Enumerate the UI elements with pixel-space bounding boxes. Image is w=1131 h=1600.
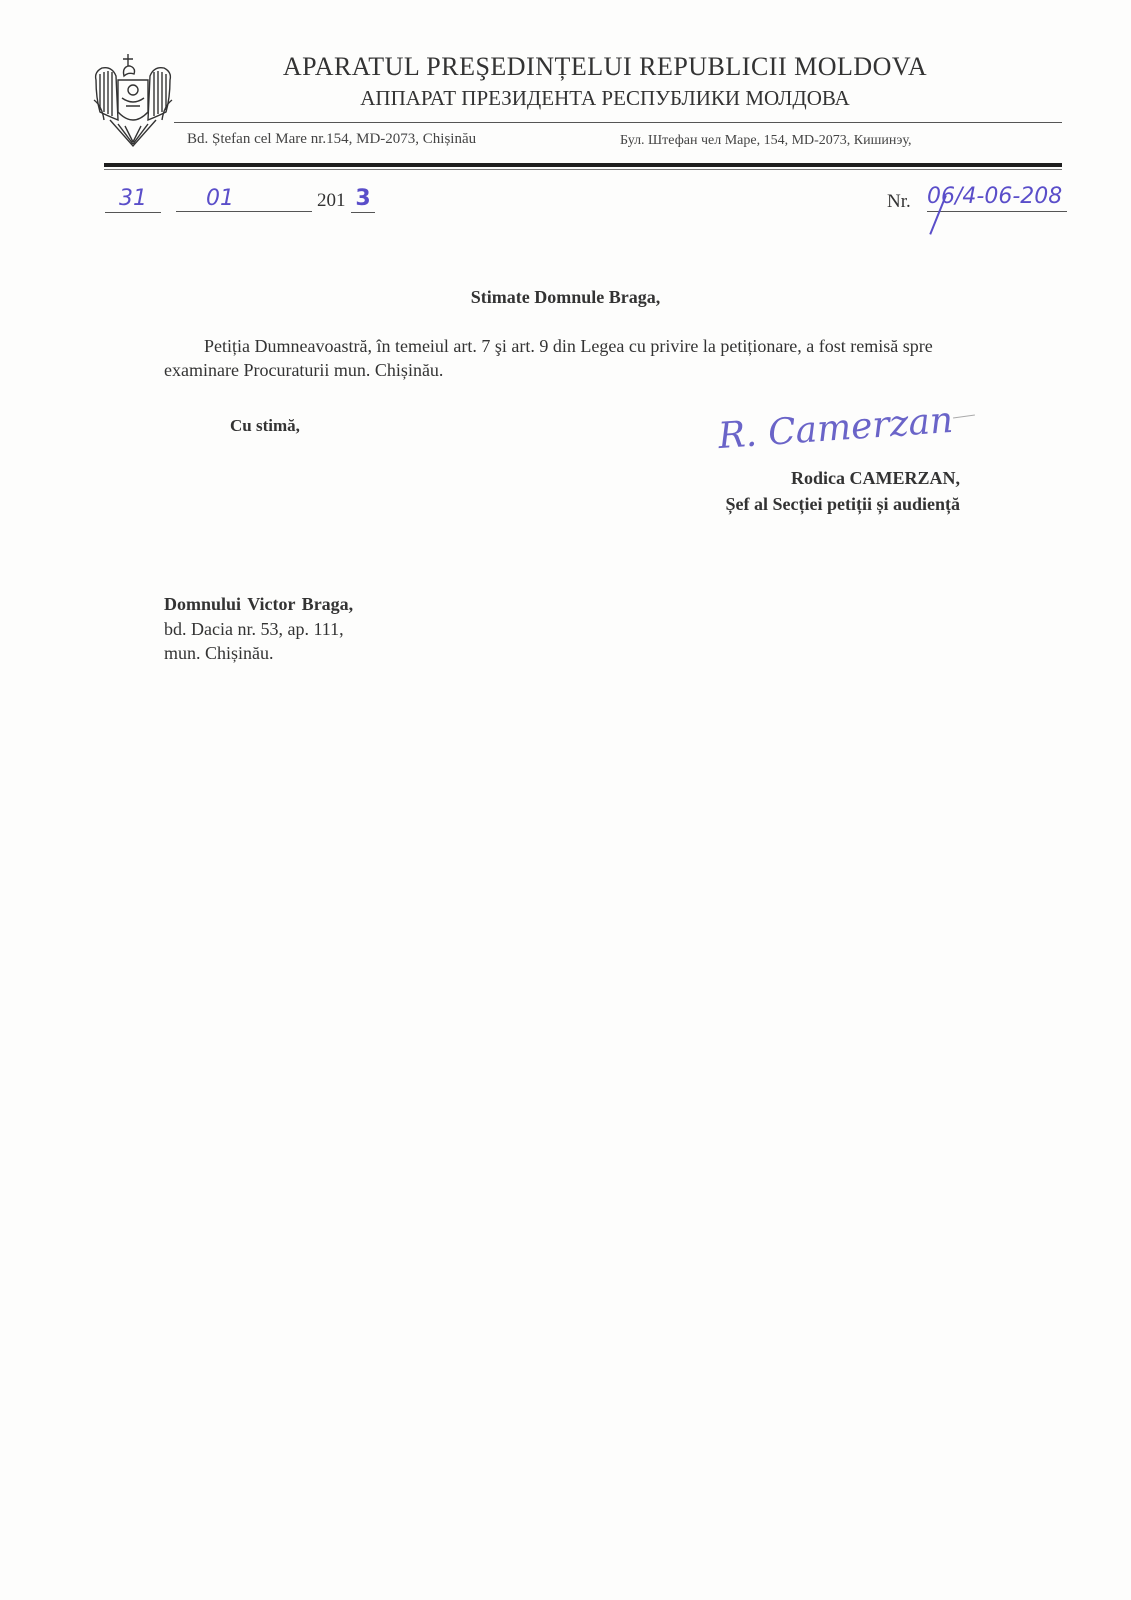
- recipient-name: Domnului Victor Braga,: [164, 594, 353, 615]
- date-year-prefix: 201: [317, 190, 346, 212]
- recipient-address-line2: mun. Chișinău.: [164, 643, 274, 664]
- reference-number-label: Nr.: [887, 191, 911, 213]
- date-month-field: 01: [176, 186, 312, 212]
- recipient-address-line1: bd. Dacia nr. 53, ap. 111,: [164, 619, 344, 640]
- handwritten-signature: R. Camerzan: [717, 400, 955, 457]
- date-day: 31: [119, 186, 147, 211]
- signer-name: Rodica CAMERZAN,: [650, 468, 960, 489]
- pen-mark: [953, 414, 975, 418]
- salutation: Stimate Domnule Braga,: [0, 287, 1131, 308]
- institution-address-ro: Bd. Ștefan cel Mare nr.154, MD-2073, Chi…: [187, 131, 476, 148]
- date-day-field: 31: [105, 186, 161, 213]
- institution-title-ro: APARATUL PREŞEDINȚELUI REPUBLICII MOLDOV…: [175, 52, 1035, 82]
- header-divider-thin-secondary: [104, 169, 1062, 170]
- header-divider-thick: [104, 163, 1062, 167]
- closing: Cu stimă,: [230, 416, 300, 436]
- coat-of-arms-icon: [92, 50, 174, 150]
- header-divider-thin: [174, 122, 1062, 123]
- letter-body: Petiția Dumneavoastră, în temeiul art. 7…: [164, 334, 964, 382]
- reference-number-field: 06/4-06-208: [927, 184, 1067, 212]
- institution-address-ru: Бул. Штефан чел Маре, 154, MD-2073, Киши…: [620, 133, 912, 149]
- date-month: 01: [206, 186, 234, 211]
- date-year-digit: 3: [351, 186, 375, 213]
- reference-number-value: 06/4-06-208: [927, 184, 1062, 209]
- institution-title-ru: АППАРАТ ПРЕЗИДЕНТА РЕСПУБЛИКИ МОЛДОВА: [175, 86, 1035, 111]
- signer-title: Șef al Secției petiții și audiență: [620, 494, 960, 515]
